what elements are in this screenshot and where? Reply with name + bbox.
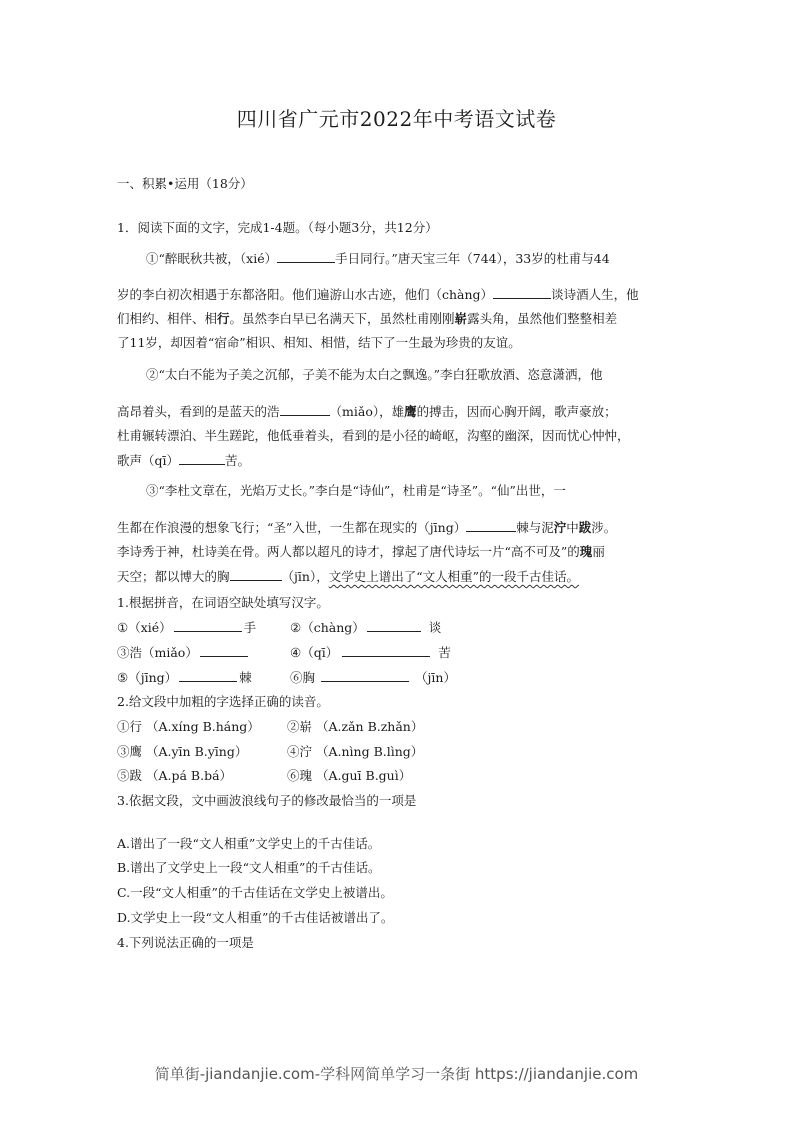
q2-stem: 2.给文段中加粗的字选择正确的读音。 xyxy=(117,694,329,710)
passage-p2-line4: 歌声（qī）苦。 xyxy=(117,452,250,469)
text: （jīn） xyxy=(415,670,456,685)
text: 李诗秀于神，杜诗美在骨。两人都以超凡的诗才，撑起了唐代诗坛一片“高不可及”的 xyxy=(117,544,580,559)
answer-blank[interactable] xyxy=(200,644,248,657)
text: ⑤（jīng） xyxy=(117,670,177,685)
text: （A.zǎn B.zhǎn） xyxy=(316,719,423,734)
text: （A.pá B.bá） xyxy=(146,768,232,783)
q2-item-5: ⑤跋 （A.pá B.bá） xyxy=(117,768,232,784)
q2-item-6: ⑥瑰 （A.guī B.guì） xyxy=(287,768,411,784)
bold-char: 行 xyxy=(217,311,230,326)
text: 手 xyxy=(244,620,257,635)
text: （miǎo），雄 xyxy=(330,404,405,419)
q3-stem: 3.依据文段，文中画波浪线句子的修改最恰当的一项是 xyxy=(117,793,416,809)
page-title: 四川省广元市2022年中考语文试卷 xyxy=(0,103,793,132)
text: 手日同行。”唐天宝三年（744），33岁的杜甫与44 xyxy=(335,251,610,266)
q1-item-1: ①（xié）手 xyxy=(117,619,256,636)
q3-option-b[interactable]: B.谱出了文学史上一段“文人相重”的千古佳话。 xyxy=(117,860,380,876)
text: ④泞 xyxy=(287,744,312,759)
text: 露头角，虽然他们整整相差 xyxy=(467,311,617,326)
bold-char: 瑰 xyxy=(580,544,593,559)
text: ⑥胸 xyxy=(290,670,315,685)
text: ③浩（miǎo） xyxy=(117,645,198,660)
text: 天空；都以博大的胸 xyxy=(117,569,230,584)
answer-blank[interactable] xyxy=(321,669,409,682)
text: 谈诗酒人生，他 xyxy=(551,287,639,302)
text: 中 xyxy=(566,520,579,535)
bold-char: 泞 xyxy=(554,520,567,535)
passage-p3-line2: 生都在作浪漫的想象飞行；“圣”入世，一生都在现实的（jīng）棘与泥泞中跋涉。 xyxy=(117,519,616,536)
text: 生都在作浪漫的想象飞行；“圣”入世，一生都在现实的（jīng） xyxy=(117,520,466,535)
text: 苦。 xyxy=(225,453,250,468)
section-heading: 一、积累•运用（18分） xyxy=(117,176,253,192)
question-1-intro: 1．阅读下面的文字，完成1-4题。（每小题3分，共12分） xyxy=(117,220,438,236)
passage-p1-line2: 岁的李白初次相遇于东都洛阳。他们遍游山水古迹，他们（chàng）谈诗酒人生，他 xyxy=(117,286,639,303)
q3-option-d[interactable]: D.文学史上一段“文人相重”的千古佳话被谱出了。 xyxy=(117,910,393,926)
text: 棘与泥 xyxy=(516,520,554,535)
text: ⑥瑰 xyxy=(287,768,312,783)
text: 丽 xyxy=(592,544,605,559)
q3-option-a[interactable]: A.谱出了一段“文人相重”文学史上的千古佳话。 xyxy=(117,836,380,852)
text: 涉。 xyxy=(591,520,616,535)
text: （A.yīn B.yīng） xyxy=(146,744,247,759)
text: 岁的李白初次相遇于东都洛阳。他们遍游山水古迹，他们（chàng） xyxy=(117,287,493,302)
text: 们相约、相伴、相 xyxy=(117,311,217,326)
passage-p2-line2: 高昂着头，看到的是蓝天的浩（miǎo），雄鹰的搏击，因而心胸开阔，歌声豪放； xyxy=(117,403,617,420)
q3-option-c[interactable]: C.一段“文人相重”的千古佳话在文学史上被谱出。 xyxy=(117,885,393,901)
text: （A.nìng B.lìng） xyxy=(316,744,423,759)
answer-blank[interactable] xyxy=(179,669,237,682)
text: ⑤跋 xyxy=(117,768,142,783)
q2-item-1: ①行 （A.xíng B.háng） xyxy=(117,719,260,735)
passage-p3-line4: 天空；都以博大的胸（jīn），文学史上谱出了“文人相重”的一段千古佳话。 xyxy=(117,568,579,585)
answer-blank[interactable] xyxy=(174,619,242,632)
q4-stem: 4.下列说法正确的一项是 xyxy=(117,935,254,951)
text: ④（qī） xyxy=(290,645,338,660)
text: ②（chàng） xyxy=(290,620,365,635)
bold-char: 鹰 xyxy=(404,404,417,419)
wavy-underlined-sentence: 文学史上谱出了“文人相重”的一段千古佳话。 xyxy=(329,569,579,584)
q1-item-6: ⑥胸（jīn） xyxy=(290,669,456,686)
text: 苦 xyxy=(438,645,451,660)
answer-blank[interactable] xyxy=(367,619,421,632)
bold-char: 崭 xyxy=(455,311,468,326)
q2-item-4: ④泞 （A.nìng B.lìng） xyxy=(287,744,423,760)
text: （A.guī B.guì） xyxy=(316,768,411,783)
text: 的搏击，因而心胸开阔，歌声豪放； xyxy=(417,404,617,419)
fill-blank xyxy=(466,519,516,532)
q1-item-2: ②（chàng）谈 xyxy=(290,619,441,636)
footer-watermark: 简单街-jiandanjie.com-学科网简单学习一条街 https://ji… xyxy=(0,1063,793,1084)
q1-item-3: ③浩（miǎo） xyxy=(117,644,250,661)
text: 高昂着头，看到的是蓝天的浩 xyxy=(117,404,280,419)
fill-blank xyxy=(493,286,551,299)
fill-blank xyxy=(230,568,282,581)
text: 。虽然李白早已名满天下，虽然杜甫刚刚 xyxy=(230,311,455,326)
q1-item-4: ④（qī）苦 xyxy=(290,644,451,661)
q1-item-5: ⑤（jīng）棘 xyxy=(117,669,252,686)
passage-p3-line1: ③“李杜文章在，光焰万丈长。”李白是“诗仙”，杜甫是“诗圣”。“仙”出世，一 xyxy=(146,483,566,499)
q2-item-2: ②崭 （A.zǎn B.zhǎn） xyxy=(287,719,423,735)
passage-p3-line3: 李诗秀于神，杜诗美在骨。两人都以超凡的诗才，撑起了唐代诗坛一片“高不可及”的瑰丽 xyxy=(117,544,605,560)
passage-p1-line3: 们相约、相伴、相行。虽然李白早已名满天下，虽然杜甫刚刚崭露头角，虽然他们整整相差 xyxy=(117,311,617,327)
text: （A.xíng B.háng） xyxy=(146,719,260,734)
text: ③鹰 xyxy=(117,744,142,759)
q1-stem: 1.根据拼音，在词语空缺处填写汉字。 xyxy=(117,595,329,611)
bold-char: 跋 xyxy=(579,520,592,535)
text: ①行 xyxy=(117,719,142,734)
text: 歌声（qī） xyxy=(117,453,179,468)
fill-blank xyxy=(179,452,225,465)
text: 棘 xyxy=(239,670,252,685)
text: （jīn）， xyxy=(282,569,329,584)
text: ①（xié） xyxy=(117,620,172,635)
text: 谈 xyxy=(429,620,442,635)
passage-p1-line4: 了11岁，却因着“宿命”相识、相知、相惜，结下了一生最为珍贵的友谊。 xyxy=(117,335,521,351)
passage-p2-line3: 杜甫辗转漂泊、半生蹉跎，他低垂着头，看到的是小径的崎岖，沟壑的幽深，因而忧心忡忡… xyxy=(117,428,630,444)
fill-blank xyxy=(277,250,335,263)
text: ①“醉眠秋共被，（xié） xyxy=(146,251,277,266)
passage-p1-line1: ①“醉眠秋共被，（xié）手日同行。”唐天宝三年（744），33岁的杜甫与44 xyxy=(146,250,610,267)
fill-blank xyxy=(280,403,330,416)
q2-item-3: ③鹰 （A.yīn B.yīng） xyxy=(117,744,247,760)
passage-p2-line1: ②“太白不能为子美之沉郁，子美不能为太白之飘逸。”李白狂歌放酒、恣意潇洒，他 xyxy=(146,367,603,383)
text: ②崭 xyxy=(287,719,312,734)
answer-blank[interactable] xyxy=(342,644,430,657)
